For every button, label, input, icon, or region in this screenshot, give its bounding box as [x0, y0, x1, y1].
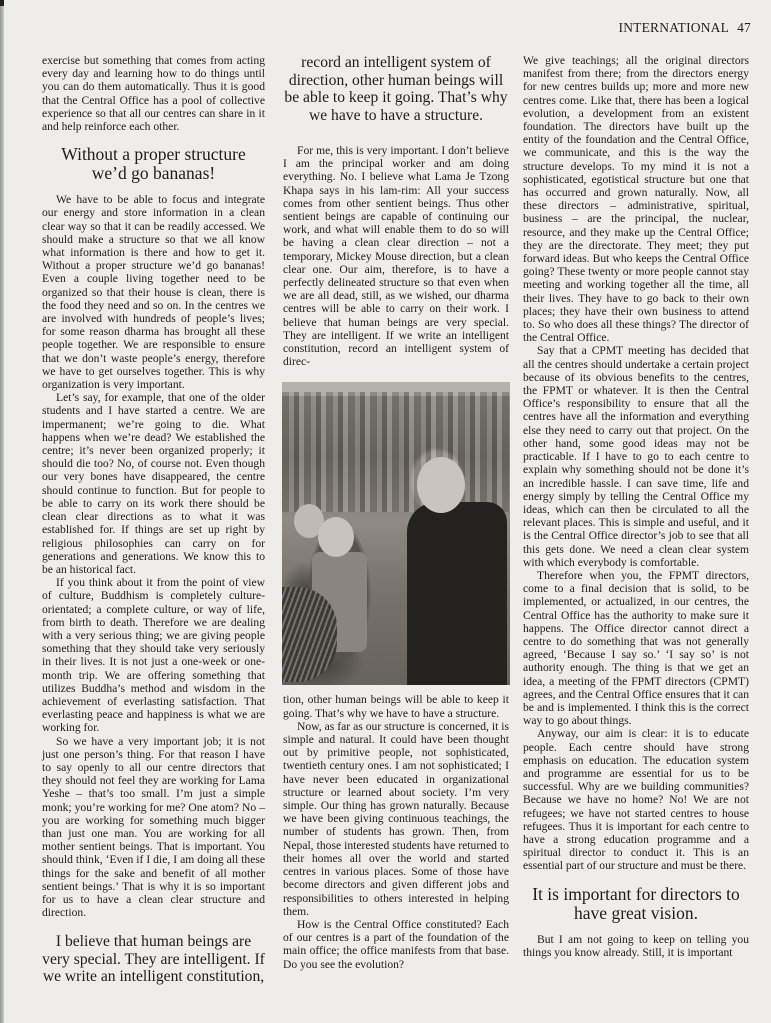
paragraph: For me, this is very important. I don’t … [283, 144, 509, 368]
paragraph: But I am not going to keep on telling yo… [523, 933, 749, 959]
section-title: INTERNATIONAL [619, 20, 730, 35]
paragraph: How is the Central Office constituted? E… [283, 918, 509, 971]
paragraph: Therefore when you, the FPMT directors, … [523, 569, 749, 727]
paragraph: Now, as far as our structure is concerne… [283, 720, 509, 918]
paragraph: If you think about it from the point of … [42, 576, 265, 734]
paragraph: Let’s say, for example, that one of the … [42, 391, 265, 576]
right-column: We give teachings; all the original dire… [523, 54, 749, 959]
photo-fan [282, 587, 337, 682]
paragraph: We give teachings; all the original dire… [523, 54, 749, 344]
page-number: 47 [737, 20, 751, 35]
running-head: INTERNATIONAL47 [619, 20, 752, 36]
paragraph: We have to be able to focus and integrat… [42, 193, 265, 391]
pull-quote: I believe that human beings are very spe… [42, 933, 265, 986]
photo-child-face [318, 517, 354, 557]
middle-column: record an intelligent system of directio… [283, 54, 509, 971]
paragraph: tion, other human beings will be able to… [283, 693, 509, 719]
page-binding-edge [0, 0, 4, 1023]
subheading: Without a proper structure we’d go banan… [42, 145, 265, 183]
paragraph: So we have a very important job; it is n… [42, 735, 265, 920]
paragraph: exercise but something that comes from a… [42, 54, 265, 133]
pull-quote: record an intelligent system of directio… [283, 54, 509, 124]
photo-crowd [282, 392, 510, 512]
paragraph: Anyway, our aim is clear: it is to educa… [523, 727, 749, 872]
photo-monk-robe [407, 502, 507, 685]
left-column: exercise but something that comes from a… [42, 54, 265, 986]
paragraph: Say that a CPMT meeting has decided that… [523, 344, 749, 568]
photo-monk-with-crowd [282, 382, 510, 685]
subheading: It is important for directors to have gr… [523, 885, 749, 923]
